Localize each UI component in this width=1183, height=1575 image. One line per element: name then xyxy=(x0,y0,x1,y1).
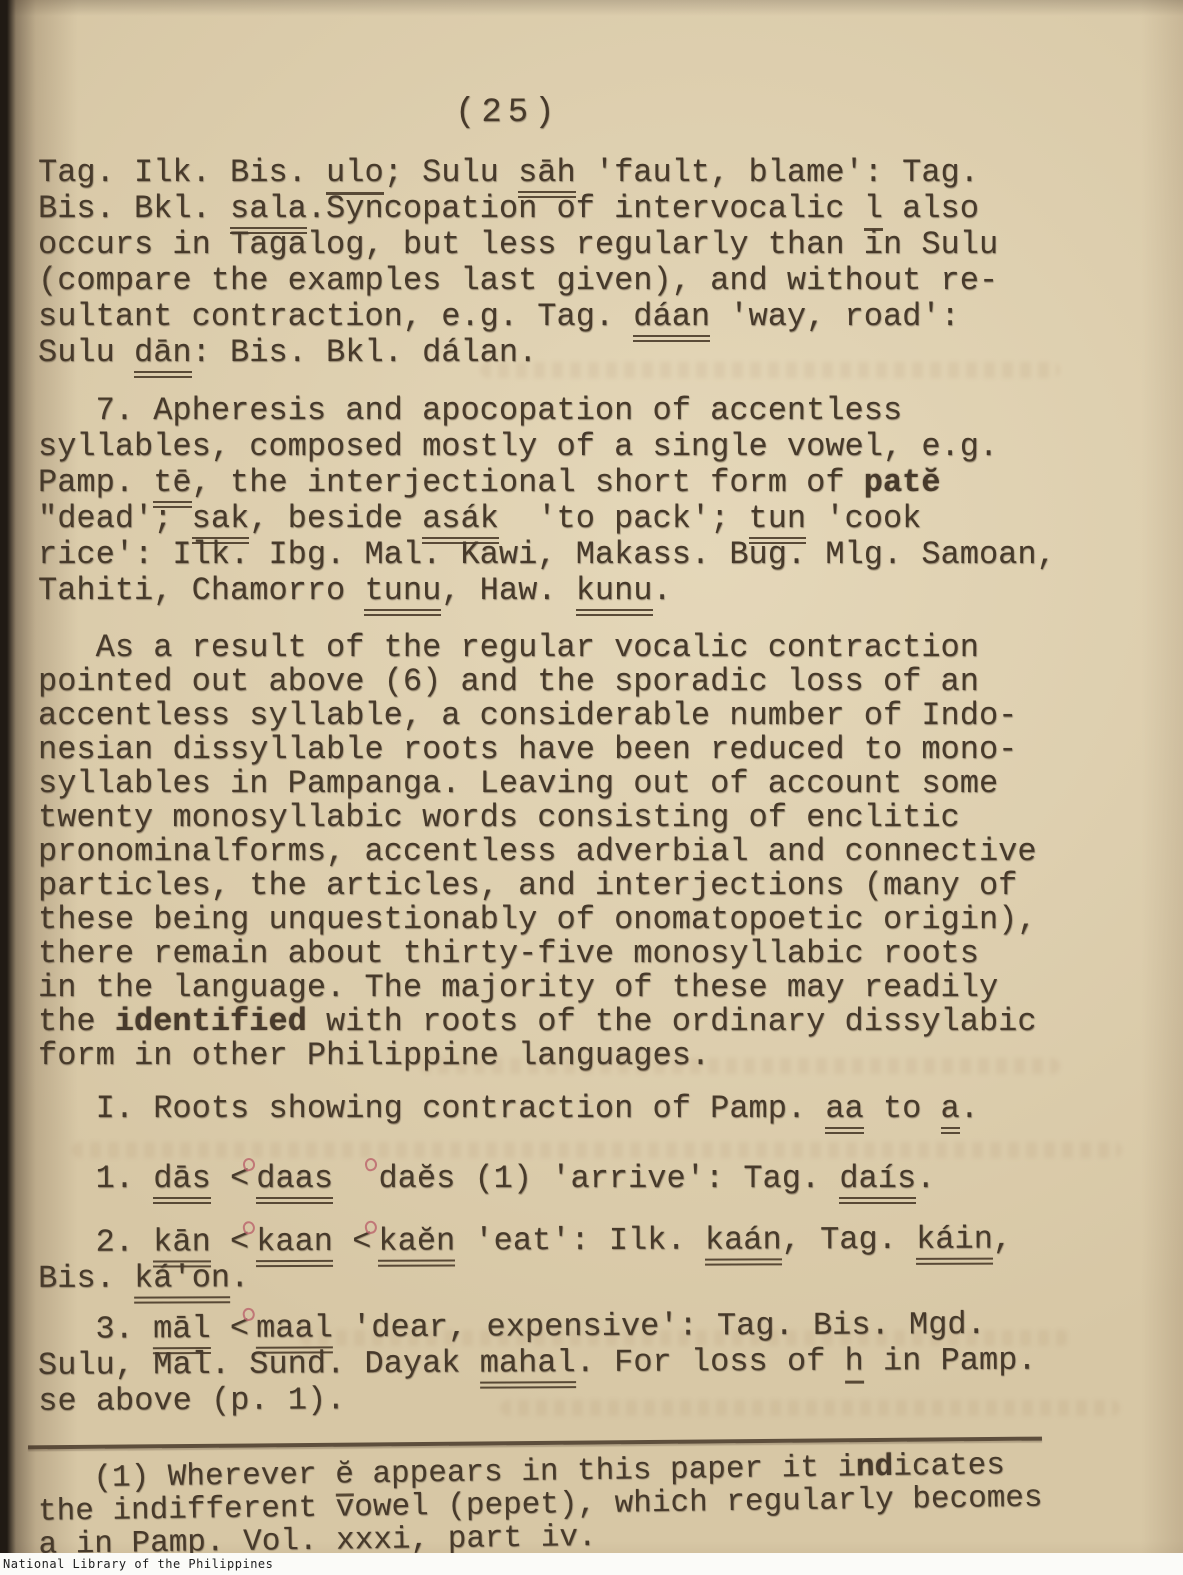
text-run: with roots of the ordinary dissylabic xyxy=(307,1003,1037,1040)
text-run: in the language. The majority of these m… xyxy=(38,969,998,1006)
text-run: accentless syllable, a considerable numb… xyxy=(38,697,1017,734)
text-line: Tahiti, Chamorro tunu, Haw. kunu. xyxy=(38,573,1148,609)
paragraph-7-apheresis: 7. Apheresis and apocopation of accentle… xyxy=(38,393,1148,609)
list-item-3-mal: 3. māl <maal 'dear, expensive': Tag. Bis… xyxy=(38,1306,1149,1420)
text-run: , Tag. xyxy=(782,1221,917,1258)
text-run: 1. xyxy=(38,1160,153,1197)
text-run: 3. xyxy=(38,1310,153,1348)
text-run: there remain about thirty-five monosylla… xyxy=(38,935,979,972)
emphasized-term: identified xyxy=(115,1003,307,1040)
text-run: . xyxy=(916,1160,935,1197)
text-run: 'fault, blame': Tag. xyxy=(576,154,979,191)
text-line: sultant contraction, e.g. Tag. dáan 'way… xyxy=(38,299,1148,335)
text-line: 2. kān <kaan <kaĕn 'eat': Ilk. kaán, Tag… xyxy=(38,1221,1148,1261)
emphasized-term: h xyxy=(844,1343,863,1384)
text-run: nesian dissyllable roots have been reduc… xyxy=(38,731,1017,768)
text-run: ; Sulu xyxy=(384,154,518,191)
heading-roots-contraction: I. Roots showing contraction of Pamp. aa… xyxy=(38,1091,1148,1127)
text-run: these being unquestionably of onomatopoe… xyxy=(38,901,1037,938)
text-run: : Bis. Bkl. dálan. xyxy=(192,334,538,371)
text-run: As a result of the regular vocalic contr… xyxy=(38,629,979,666)
text-run: 'cook xyxy=(806,500,921,537)
text-run: in Pamp. xyxy=(864,1342,1037,1380)
text-line: Pamp. tē, the interjectional short form … xyxy=(38,465,1148,501)
text-run: I. Roots showing contraction of Pamp. xyxy=(38,1090,825,1127)
text-line: 7. Apheresis and apocopation of accentle… xyxy=(38,393,1148,429)
text-run: (compare the examples last given), and w… xyxy=(38,262,998,299)
text-run: pronominalforms, accentless adverbial an… xyxy=(38,833,1037,870)
text-run: 'dear, expensive': Tag. Bis. Mgd. xyxy=(333,1306,986,1346)
text-line: pointed out above (6) and the sporadic l… xyxy=(38,665,1148,699)
emphasized-term: kunu xyxy=(576,572,653,616)
text-run: .Syncopation of intervocalic xyxy=(307,190,864,227)
text-line: these being unquestionably of onomatopoe… xyxy=(38,903,1148,937)
handwritten-annotation-mark xyxy=(242,1220,257,1236)
text-run: se above (p. 1). xyxy=(38,1381,345,1420)
text-run: Sulu, Mal. Sund. Dayak xyxy=(38,1345,480,1384)
text-run: icates xyxy=(893,1448,1005,1485)
text-run: Bis. Bkl. xyxy=(38,190,230,227)
list-item-2-kan: 2. kān <kaan <kaĕn 'eat': Ilk. kaán, Tag… xyxy=(38,1221,1148,1297)
text-run: 2. xyxy=(38,1224,153,1261)
text-run: syllables, composed mostly of a single v… xyxy=(38,428,998,465)
text-run: the xyxy=(38,1003,115,1040)
text-line: the identified with roots of the ordinar… xyxy=(38,1005,1148,1039)
text-run: Sulu xyxy=(38,334,134,371)
handwritten-annotation-mark xyxy=(242,1307,257,1323)
text-line: rice': Ilk. Ibg. Mal. Kawi, Makass. Bug.… xyxy=(38,537,1148,573)
text-run: occurs in Tagalog, but less regularly th… xyxy=(38,226,998,263)
footnote-separator xyxy=(28,1437,1042,1450)
text-run: daĕs (1) 'arrive': Tag. xyxy=(378,1160,839,1197)
text-run: . For loss of xyxy=(576,1343,845,1381)
document-page: (25) Tag. Ilk. Bis. ulo; Sulu sāh 'fault… xyxy=(0,0,1183,1575)
text-run: 'to pack'; xyxy=(499,500,749,537)
text-line: I. Roots showing contraction of Pamp. aa… xyxy=(38,1091,1148,1127)
emphasized-term: ká'on xyxy=(134,1259,230,1303)
text-run: Tag. Ilk. Bis. xyxy=(38,154,326,191)
paragraph-syncopation: Tag. Ilk. Bis. ulo; Sulu sāh 'fault, bla… xyxy=(38,155,1148,371)
text-run: also xyxy=(883,190,979,227)
emphasized-term: aa xyxy=(825,1090,863,1134)
emphasized-term: kaĕn xyxy=(378,1222,455,1266)
emphasized-term: dās xyxy=(153,1160,211,1204)
text-line: Sulu, Mal. Sund. Dayak mahal. For loss o… xyxy=(38,1342,1148,1384)
text-run: twenty monosyllabic words consisting of … xyxy=(38,799,960,836)
text-run: pointed out above (6) and the sporadic l… xyxy=(38,663,979,700)
text-run: to xyxy=(864,1090,941,1127)
footnote: (1) Wherever ĕ appears in this paper it … xyxy=(37,1447,1148,1561)
handwritten-annotation-mark xyxy=(242,1157,257,1173)
text-line: syllables, composed mostly of a single v… xyxy=(38,429,1148,465)
text-line: "dead'; sak, beside asák 'to pack'; tun … xyxy=(38,501,1148,537)
emphasized-term: nd xyxy=(856,1450,894,1486)
emphasized-term: káin xyxy=(916,1221,993,1265)
page-text-block: (25) Tag. Ilk. Bis. ulo; Sulu sāh 'fault… xyxy=(38,0,1148,1554)
emphasized-term: kaan xyxy=(256,1223,333,1267)
text-line: accentless syllable, a considerable numb… xyxy=(38,699,1148,733)
emphasized-term: tunu xyxy=(364,572,441,616)
text-run: , Haw. xyxy=(441,572,575,609)
text-run: particles, the articles, and interjectio… xyxy=(38,867,1017,904)
text-run: sultant contraction, e.g. Tag. xyxy=(38,298,633,335)
text-line: (compare the examples last given), and w… xyxy=(38,263,1148,299)
text-line: particles, the articles, and interjectio… xyxy=(38,869,1148,903)
handwritten-annotation-mark xyxy=(364,1157,379,1173)
text-run: 7. Apheresis and apocopation of accentle… xyxy=(38,392,902,429)
text-run: rice': Ilk. Ibg. Mal. Kawi, Makass. Bug.… xyxy=(38,536,1056,573)
text-run: 'way, road': xyxy=(710,298,960,335)
text-line: Tag. Ilk. Bis. ulo; Sulu sāh 'fault, bla… xyxy=(38,155,1148,191)
emphasized-term: ulo xyxy=(326,154,384,195)
watermark-bar: National Library of the Philippines xyxy=(0,1553,1183,1575)
emphasized-term: l xyxy=(864,190,883,231)
text-run: , beside xyxy=(249,500,422,537)
text-run: Bis. xyxy=(38,1260,134,1297)
emphasized-term: a xyxy=(941,1090,960,1134)
handwritten-annotation-mark xyxy=(364,1220,379,1236)
page-number: (25) xyxy=(455,0,1148,131)
text-run: , the interjectional short form of xyxy=(192,464,864,501)
text-line: occurs in Tagalog, but less regularly th… xyxy=(38,227,1148,263)
emphasized-term: daas xyxy=(256,1160,333,1204)
text-line: pronominalforms, accentless adverbial an… xyxy=(38,835,1148,869)
emphasized-term: mahal xyxy=(480,1344,576,1389)
text-line: form in other Philippine languages. xyxy=(38,1039,1148,1073)
emphasized-term: dān xyxy=(134,334,192,378)
emphasized-term: dáan xyxy=(633,298,710,342)
emphasized-term: patĕ xyxy=(864,464,941,501)
watermark-text: National Library of the Philippines xyxy=(3,1557,273,1571)
text-run: . xyxy=(960,1090,979,1127)
text-run: Tahiti, Chamorro xyxy=(38,572,364,609)
text-line: twenty monosyllabic words consisting of … xyxy=(38,801,1148,835)
text-run: "dead'; xyxy=(38,500,192,537)
text-line: in the language. The majority of these m… xyxy=(38,971,1148,1005)
list-item-1-das: 1. dās <daas daĕs (1) 'arrive': Tag. daí… xyxy=(38,1161,1148,1197)
text-run: syllables in Pampanga. Leaving out of ac… xyxy=(38,765,998,802)
paragraph-vocalic-contraction: As a result of the regular vocalic contr… xyxy=(38,631,1148,1073)
text-line: there remain about thirty-five monosylla… xyxy=(38,937,1148,971)
text-line: 1. dās <daas daĕs (1) 'arrive': Tag. daí… xyxy=(38,1161,1148,1197)
text-line: As a result of the regular vocalic contr… xyxy=(38,631,1148,665)
emphasized-term: kaán xyxy=(705,1221,782,1265)
text-line: syllables in Pampanga. Leaving out of ac… xyxy=(38,767,1148,801)
text-run: . xyxy=(230,1259,249,1296)
text-run: . xyxy=(653,572,672,609)
text-run: form in other Philippine languages. xyxy=(38,1037,710,1074)
text-run: Pamp. xyxy=(38,464,153,501)
text-line: Sulu dān: Bis. Bkl. dálan. xyxy=(38,335,1148,371)
text-line: Bis. Bkl. sala.Syncopation of intervocal… xyxy=(38,191,1148,227)
emphasized-term: daís xyxy=(839,1160,916,1204)
text-run: 'eat': Ilk. xyxy=(455,1222,705,1260)
text-line: nesian dissyllable roots have been reduc… xyxy=(38,733,1148,767)
text-line: se above (p. 1). xyxy=(38,1378,1148,1420)
text-run: , xyxy=(993,1221,1012,1258)
